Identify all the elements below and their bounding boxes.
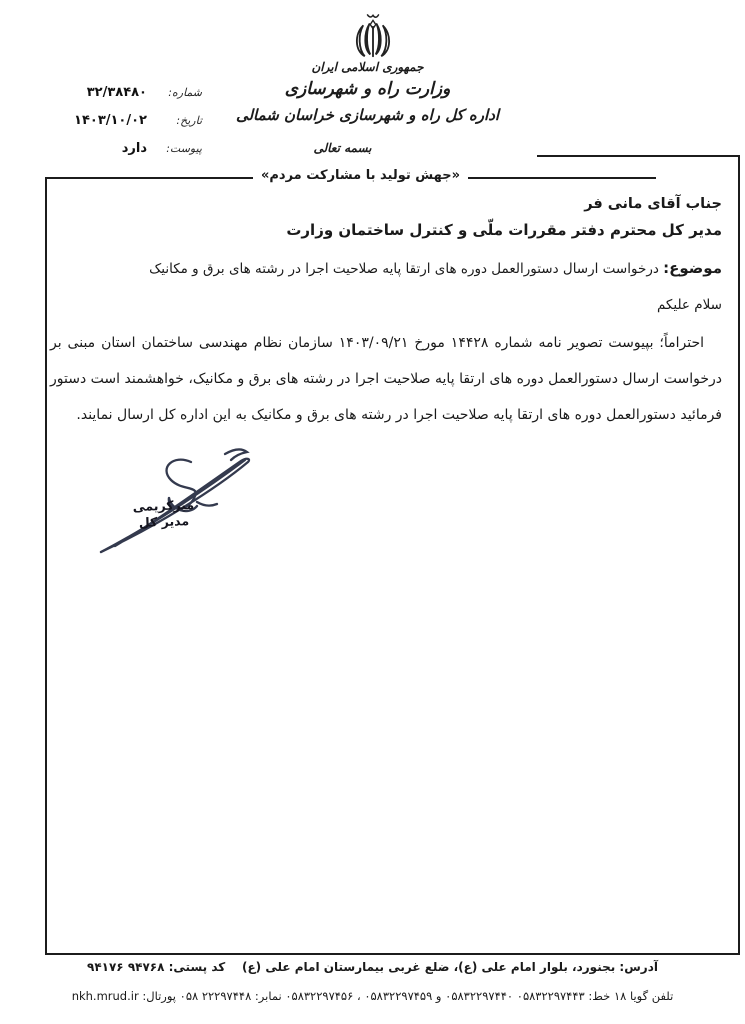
date-label: تاریخ: <box>156 114 202 127</box>
subject-line: موضوع: درخواست ارسال دستورالعمل دوره های… <box>50 259 722 277</box>
meta-row-date: تاریخ: ۱۴۰۳/۱۰/۰۲ <box>28 110 202 130</box>
meta-row-attachment: پیوست: دارد <box>28 138 202 158</box>
scanned-official-letter: جمهوری اسلامی ایران وزارت راه و شهرسازی … <box>0 0 745 1024</box>
number-label: شماره: <box>156 86 202 99</box>
frame-left-edge <box>45 177 47 955</box>
handwritten-signature-icon <box>85 440 325 570</box>
meta-row-number: شماره: ۳۲/۳۸۴۸۰ <box>28 82 202 102</box>
footer-address-line: آدرس: بجنورد، بلوار امام علی (ع)، ضلع غر… <box>0 960 745 974</box>
iran-emblem-icon <box>0 10 745 66</box>
attachment-label: پیوست: <box>156 142 202 155</box>
year-slogan: «جهش تولید با مشارکت مردم» <box>253 168 468 183</box>
signer-name: میرکریمی <box>132 497 194 514</box>
date-value: ۱۴۰۳/۱۰/۰۲ <box>74 113 147 128</box>
frame-top-right-edge <box>537 155 740 157</box>
slogan-left-dash <box>45 177 253 179</box>
attachment-value: دارد <box>122 141 147 156</box>
frame-bottom-edge <box>45 953 740 955</box>
recipient-name: جناب آقای مانی فر <box>50 196 722 212</box>
number-value: ۳۲/۳۸۴۸۰ <box>87 85 147 100</box>
recipient-title: مدیر کل محترم دفتر مقررات ملّی و کنترل س… <box>50 221 722 239</box>
org-name-country: جمهوری اسلامی ایران <box>0 60 735 74</box>
subject-label: موضوع: <box>663 259 722 277</box>
subject-text: درخواست ارسال دستورالعمل دوره های ارتقا … <box>149 261 659 277</box>
footer-phone-line: تلفن گویا ۱۸ خط: ۰۵۸۳۲۲۹۷۴۴۳ ۰۵۸۳۲۲۹۷۴۴۰… <box>2 989 743 1003</box>
signature-block: میرکریمی مدیر کل <box>85 440 325 570</box>
body-paragraph: احتراماً؛ بپیوست تصویر نامه شماره ۱۴۴۲۸ … <box>50 325 722 433</box>
slogan-right-dash <box>468 177 656 179</box>
letter-meta-block: شماره: ۳۲/۳۸۴۸۰ تاریخ: ۱۴۰۳/۱۰/۰۲ پیوست:… <box>28 82 202 166</box>
salutation-text: سلام علیکم <box>50 297 722 313</box>
frame-right-edge <box>738 155 740 955</box>
signer-title: مدیر کل <box>133 513 195 530</box>
letter-body: جناب آقای مانی فر مدیر کل محترم دفتر مقر… <box>50 190 728 433</box>
signer-identity: میرکریمی مدیر کل <box>132 497 194 530</box>
